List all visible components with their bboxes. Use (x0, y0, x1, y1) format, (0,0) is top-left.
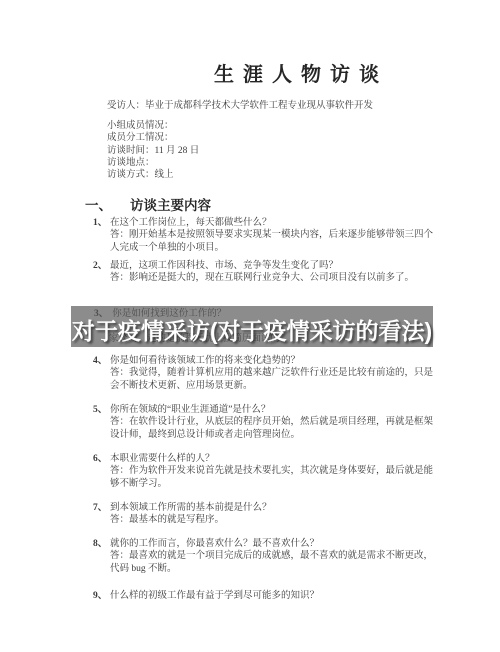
interview-item: 1、 在这个工作岗位上，每天都做些什么？ 答：刚开始基本是按照领导要求实现某一模… (93, 217, 442, 254)
section-number: 一、 (85, 198, 112, 213)
interview-item: 6、 本职业需要什么样的人？ 答：作为软件开发来说首先就是技术要扎实，其次就是身… (93, 453, 442, 490)
section-title: 访谈主要内容 (130, 198, 211, 213)
question-text: 在这个工作岗位上，每天都做些什么？ (110, 217, 442, 229)
item-number: 8、 (93, 538, 110, 575)
meta-line-interview-method: 访谈方式：线上 (107, 169, 373, 181)
meta-line-interviewee: 受访人：毕业于成都科学技术大学软件工程专业现从事软件开发 (107, 100, 373, 112)
meta-line-interview-place: 访谈地点： (107, 157, 373, 169)
item-number: 1、 (93, 217, 110, 254)
document-page: 生涯人物访谈 受访人：毕业于成都科学技术大学软件工程专业现从事软件开发 小组成员… (0, 0, 500, 652)
question-text: 本职业需要什么样的人？ (110, 453, 442, 465)
item-number: 5、 (93, 404, 110, 441)
interview-item: 2、 最近，这项工作因科技、市场、竞争等发生变化了吗？ 答：影响还是挺大的，现在… (93, 260, 442, 285)
item-number: 9、 (93, 590, 110, 602)
overlay-banner: 3、你是如何找到这份工作的？ 家公司、走的是前程无忧上投简历面试的 对于疫情采访… (71, 306, 433, 347)
interview-item: 5、 你所在领域的“职业生涯通道”是什么？ 答：在软件设计行业，从底层的程序员开… (93, 404, 442, 441)
answer-text: 答：在软件设计行业，从底层的程序员开始，然后就是项目经理，再就是框架设计师，最终… (110, 416, 442, 441)
interview-item: 7、 到本领域工作所需的基本前提是什么？ 答：最基本的就是写程序。 (93, 502, 442, 527)
question-text: 你所在领域的“职业生涯通道”是什么？ (110, 404, 442, 416)
section-heading: 一、访谈主要内容 (85, 194, 211, 214)
answer-text: 答：我觉得，随着计算机应用的越来越广泛软件行业还是比较有前途的，只是会不断技术更… (110, 367, 442, 392)
interview-item: 4、 你是如何看待该领域工作的将来变化趋势的？ 答：我觉得，随着计算机应用的越来… (93, 355, 442, 392)
question-text: 你是如何看待该领域工作的将来变化趋势的？ (110, 355, 442, 367)
meta-line-interview-time: 访谈时间：11 月 28 日 (107, 145, 373, 157)
answer-text: 答：作为软件开发来说首先就是技术要扎实，其次就是身体要好，最后就是能够不断学习。 (110, 465, 442, 490)
item-number: 2、 (93, 260, 110, 285)
interview-item: 8、 就你的工作而言，你最喜欢什么？最不喜欢什么？ 答：最喜欢的就是一个项目完成… (93, 538, 442, 575)
question-text: 最近，这项工作因科技、市场、竞争等发生变化了吗？ (110, 260, 442, 272)
item-number: 4、 (93, 355, 110, 392)
question-text: 到本领域工作所需的基本前提是什么？ (110, 502, 442, 514)
question-text: 什么样的初级工作最有益于学到尽可能多的知识？ (110, 590, 442, 602)
question-text: 就你的工作而言，你最喜欢什么？最不喜欢什么？ (110, 538, 442, 550)
answer-text: 答：最喜欢的就是一个项目完成后的成就感，最不喜欢的就是需求不断更改，代码 bug… (110, 550, 442, 575)
meta-line-group-members: 小组成员情况： (107, 120, 373, 132)
document-title: 生涯人物访谈 (214, 58, 388, 87)
item-number: 6、 (93, 453, 110, 490)
meta-block: 受访人：毕业于成都科学技术大学软件工程专业现从事软件开发 小组成员情况： 成员分… (107, 100, 373, 181)
answer-text: 答：影响还是挺大的，现在互联网行业竞争大、公司项目没有以前多了。 (110, 272, 442, 284)
interview-item: 9、 什么样的初级工作最有益于学到尽可能多的知识？ (93, 590, 442, 602)
item-number: 7、 (93, 502, 110, 527)
answer-text: 答：刚开始基本是按照领导要求实现某一模块内容，后来逐步能够带领三四个人完成一个单… (110, 229, 442, 254)
meta-line-member-roles: 成员分工情况： (107, 132, 373, 144)
answer-text: 答：最基本的就是写程序。 (110, 514, 442, 526)
overlay-title: 对于疫情采访(对于疫情采访的看法) (71, 313, 433, 346)
